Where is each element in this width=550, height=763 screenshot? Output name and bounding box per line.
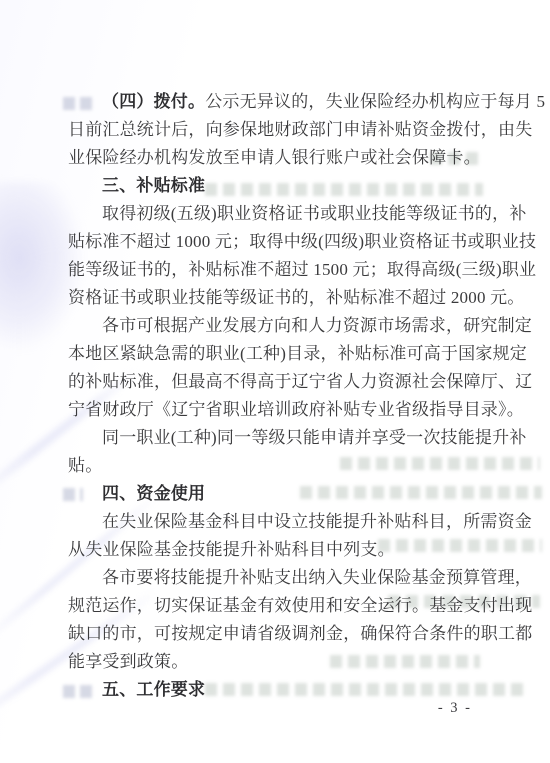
line-text: 从失业保险基金技能提升补贴科目中列支。	[68, 540, 395, 559]
paragraph-line: 宁省财政厅《辽宁省职业培训政府补贴专业省级指导目录》。	[68, 396, 486, 424]
paragraph-line: 同一职业(工种)同一等级只能申请并享受一次技能提升补	[68, 424, 486, 452]
scanned-document-page: （四）拨付。公示无异议的，失业保险经办机构应于每月 5 日前汇总统计后，向参保地…	[0, 0, 550, 763]
paragraph-line: （四）拨付。公示无异议的，失业保险经办机构应于每月 5	[68, 88, 486, 116]
line-text: 缺口的市，可按规定申请省级调剂金，确保符合条件的职工都	[68, 624, 532, 643]
section-4-label: （四）拨付。	[102, 92, 205, 111]
line-text: 本地区紧缺急需的职业(工种)目录，补贴标准可高于国家规定	[68, 344, 527, 363]
paragraph-line: 取得初级(五级)职业资格证书或职业技能等级证书的，补	[68, 200, 486, 228]
section-heading-subsidy-standard: 三、补贴标准	[68, 172, 486, 200]
line-text: 各市可根据产业发展方向和人力资源市场需求，研究制定	[102, 316, 532, 335]
line-text: 资格证书或职业技能等级证书的，补贴标准不超过 2000 元。	[68, 288, 525, 307]
paragraph-line: 规范运作，切实保证基金有效使用和安全运行。基金支付出现	[68, 592, 486, 620]
paragraph-line: 日前汇总统计后，向参保地财政部门申请补贴资金拨付，由失	[68, 116, 486, 144]
paragraph-line: 的补贴标准，但最高不得高于辽宁省人力资源社会保障厅、辽	[68, 368, 486, 396]
paragraph-line: 各市可根据产业发展方向和人力资源市场需求，研究制定	[68, 312, 486, 340]
paragraph-line: 贴。	[68, 452, 486, 480]
heading-text: 五、工作要求	[102, 680, 205, 699]
line-text: 公示无异议的，失业保险经办机构应于每月 5	[205, 92, 545, 111]
paragraph-line: 各市要将技能提升补贴支出纳入失业保险基金预算管理，	[68, 564, 486, 592]
line-text: 能享受到政策。	[68, 652, 188, 671]
heading-text: 三、补贴标准	[102, 176, 205, 195]
document-text-block: （四）拨付。公示无异议的，失业保险经办机构应于每月 5 日前汇总统计后，向参保地…	[68, 88, 486, 704]
line-text: 贴标准不超过 1000 元；取得中级(四级)职业资格证书或职业技	[68, 232, 536, 251]
paragraph-line: 业保险经办机构发放至申请人银行账户或社会保障卡。	[68, 144, 486, 172]
paragraph-line: 能享受到政策。	[68, 648, 486, 676]
line-text: 业保险经办机构发放至申请人银行账户或社会保障卡。	[68, 148, 481, 167]
line-text: 同一职业(工种)同一等级只能申请并享受一次技能提升补	[102, 428, 527, 447]
paragraph-line: 缺口的市，可按规定申请省级调剂金，确保符合条件的职工都	[68, 620, 486, 648]
section-heading-work-requirements: 五、工作要求	[68, 676, 486, 704]
line-text: 日前汇总统计后，向参保地财政部门申请补贴资金拨付，由失	[68, 120, 532, 139]
paragraph-line: 在失业保险基金科目中设立技能提升补贴科目，所需资金	[68, 508, 486, 536]
page-number: - 3 -	[438, 700, 472, 717]
line-text: 的补贴标准，但最高不得高于辽宁省人力资源社会保障厅、辽	[68, 372, 532, 391]
line-text: 在失业保险基金科目中设立技能提升补贴科目，所需资金	[102, 512, 532, 531]
paragraph-line: 贴标准不超过 1000 元；取得中级(四级)职业资格证书或职业技	[68, 228, 486, 256]
line-text: 能等级证书的，补贴标准不超过 1500 元；取得高级(三级)职业	[68, 260, 536, 279]
line-text: 宁省财政厅《辽宁省职业培训政府补贴专业省级指导目录》。	[68, 400, 524, 419]
line-text: 规范运作，切实保证基金有效使用和安全运行。基金支付出现	[68, 596, 532, 615]
line-text: 贴。	[68, 456, 102, 475]
line-text: 各市要将技能提升补贴支出纳入失业保险基金预算管理，	[102, 568, 532, 587]
section-heading-fund-usage: 四、资金使用	[68, 480, 486, 508]
heading-text: 四、资金使用	[102, 484, 205, 503]
paragraph-line: 本地区紧缺急需的职业(工种)目录，补贴标准可高于国家规定	[68, 340, 486, 368]
paragraph-line: 从失业保险基金技能提升补贴科目中列支。	[68, 536, 486, 564]
line-text: 取得初级(五级)职业资格证书或职业技能等级证书的，补	[102, 204, 527, 223]
paragraph-line: 能等级证书的，补贴标准不超过 1500 元；取得高级(三级)职业	[68, 256, 486, 284]
paragraph-line: 资格证书或职业技能等级证书的，补贴标准不超过 2000 元。	[68, 284, 486, 312]
